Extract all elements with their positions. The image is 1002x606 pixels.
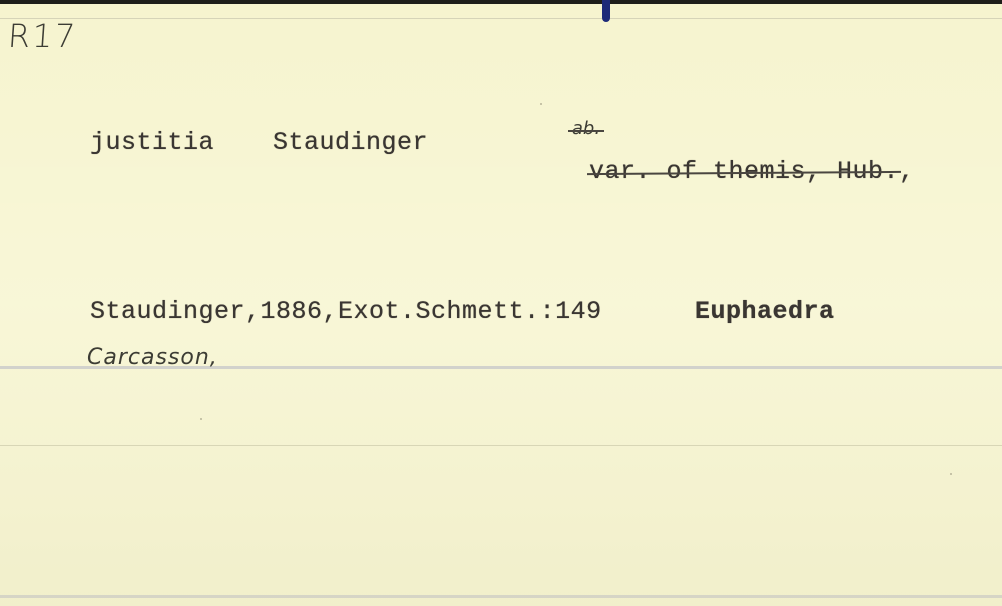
blue-tab-marker <box>602 0 610 22</box>
trailing-comma: , <box>899 157 915 186</box>
ruled-line <box>0 595 1002 598</box>
struck-status-line: var. of themis, Hub., <box>527 128 915 215</box>
species-name: justitia <box>90 128 214 157</box>
handwritten-annotation: Carcasson, <box>87 345 218 370</box>
paper-speck <box>200 418 202 420</box>
struck-through-text: var. of themis, Hub. <box>589 157 899 186</box>
author-name: Staudinger <box>273 128 428 157</box>
genus-name: Euphaedra <box>695 297 835 326</box>
header-rule <box>0 18 1002 19</box>
paper-speck <box>950 473 952 475</box>
paper-speck <box>540 103 542 105</box>
ruled-line <box>0 445 1002 446</box>
card-top-edge <box>0 0 1002 4</box>
index-card: R17 justitia Staudinger ab. var. of them… <box>0 3 1002 606</box>
catalog-number: R17 <box>7 17 79 55</box>
bibliographic-citation: Staudinger,1886,Exot.Schmett.:149 <box>90 297 602 326</box>
